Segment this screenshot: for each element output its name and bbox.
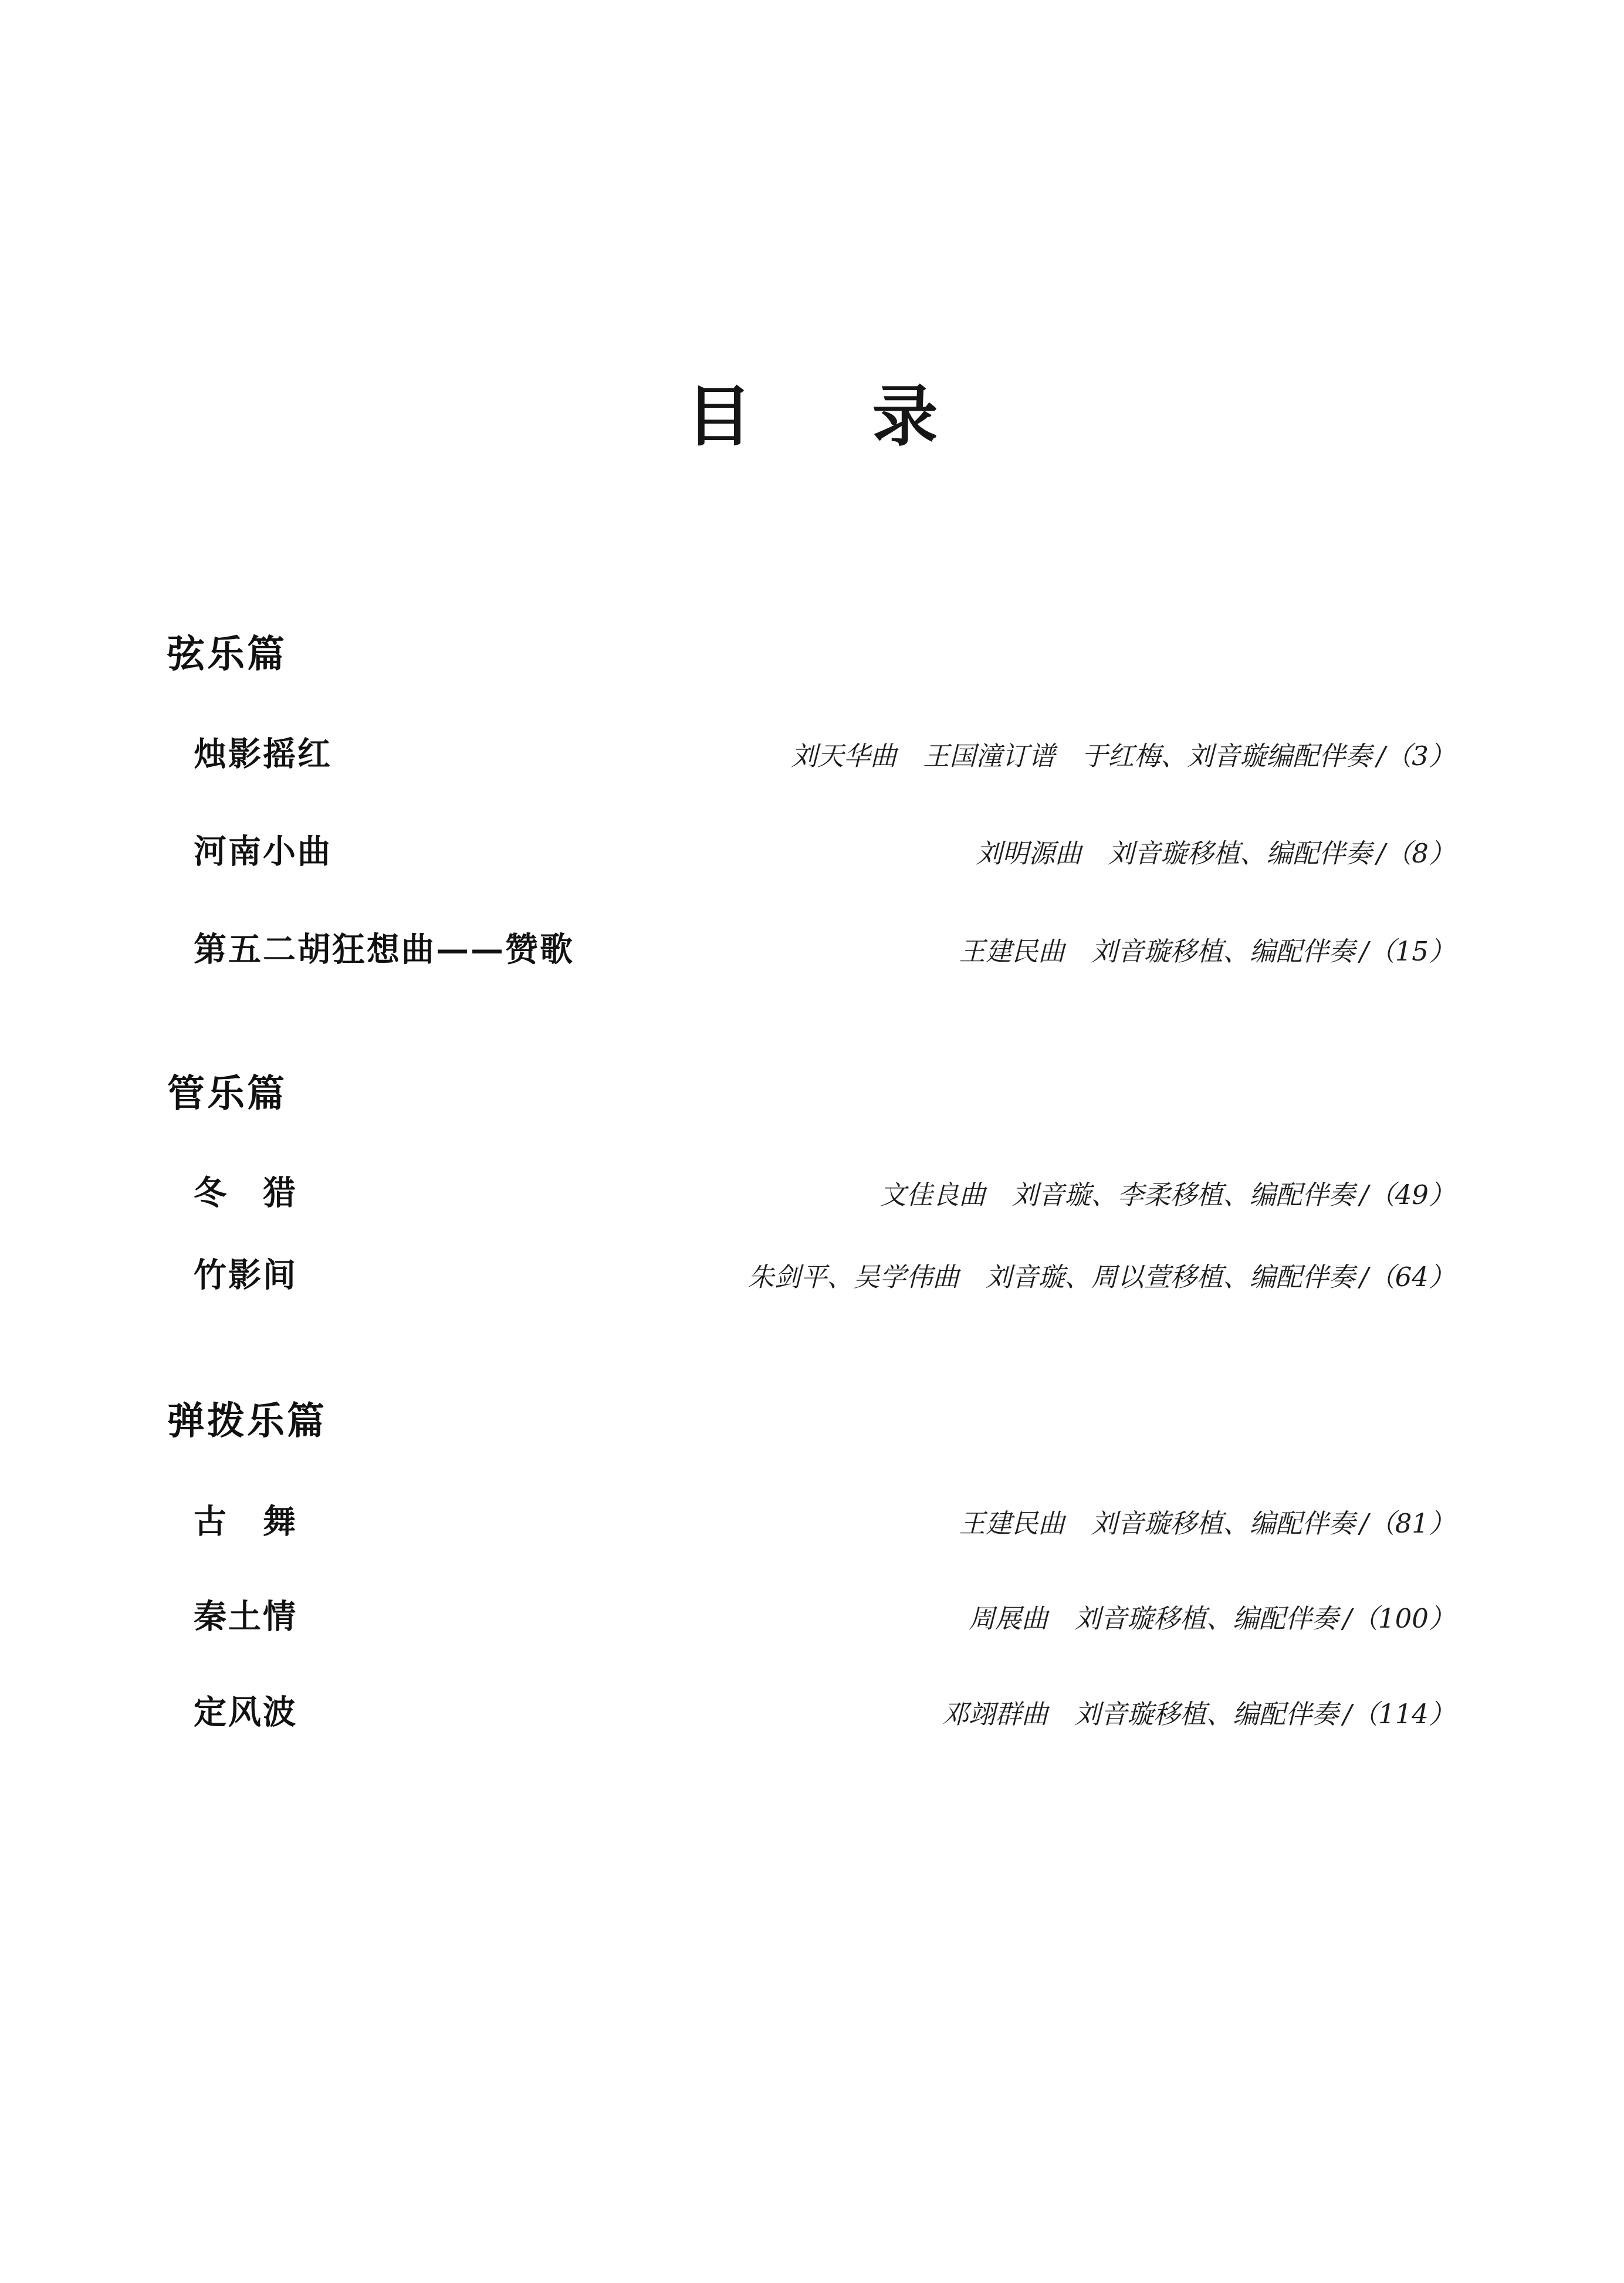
entry-page-ref: /（64） xyxy=(1360,1261,1455,1293)
entry-title: 冬 猎 xyxy=(194,1176,297,1209)
entry-credit-text: 文佳良曲 刘音璇、李柔移植、编配伴奏 xyxy=(880,1179,1355,1210)
entry-credit-text: 刘天华曲 王国潼订谱 于红梅、刘音璇编配伴奏 xyxy=(791,740,1372,772)
toc-entry: 冬 猎 文佳良曲 刘音璇、李柔移植、编配伴奏/（49） xyxy=(194,1176,1455,1209)
toc-entry: 竹影间 朱剑平、吴学伟曲 刘音璇、周以萱移植、编配伴奏/（64） xyxy=(194,1259,1455,1291)
toc-entry: 第五二胡狂想曲——赞歌 王建民曲 刘音璇移植、编配伴奏/（15） xyxy=(194,933,1455,966)
entry-title: 定风波 xyxy=(194,1696,297,1729)
toc-entry: 古 舞 王建民曲 刘音璇移植、编配伴奏/（81） xyxy=(194,1505,1455,1538)
page-title: 目 录 xyxy=(0,384,1624,450)
page-title-char-mu: 目 xyxy=(686,384,752,450)
entry-credit-text: 邓翊群曲 刘音璇移植、编配伴奏 xyxy=(942,1699,1338,1730)
entry-title: 烛影摇红 xyxy=(194,738,332,770)
entry-page-ref: /（3） xyxy=(1376,740,1455,772)
toc-entry: 烛影摇红 刘天华曲 王国潼订谱 于红梅、刘音璇编配伴奏/（3） xyxy=(194,738,1455,770)
entry-credit-text: 王建民曲 刘音璇移植、编配伴奏 xyxy=(959,1508,1355,1539)
entry-credits: 王建民曲 刘音璇移植、编配伴奏/（15） xyxy=(959,938,1455,965)
section-heading-plucked: 弹拨乐篇 xyxy=(167,1402,327,1440)
entry-page-ref: /（100） xyxy=(1343,1603,1455,1634)
entry-credits: 刘明源曲 刘音璇移植、编配伴奏/（8） xyxy=(976,840,1455,867)
entry-credit-text: 朱剑平、吴学伟曲 刘音璇、周以萱移植、编配伴奏 xyxy=(748,1261,1355,1293)
entry-credits: 文佳良曲 刘音璇、李柔移植、编配伴奏/（49） xyxy=(880,1182,1455,1208)
entry-credit-text: 周展曲 刘音璇移植、编配伴奏 xyxy=(969,1603,1338,1634)
entry-credits: 朱剑平、吴学伟曲 刘音璇、周以萱移植、编配伴奏/（64） xyxy=(748,1264,1455,1290)
entry-credit-text: 王建民曲 刘音璇移植、编配伴奏 xyxy=(959,936,1355,967)
entry-credits: 刘天华曲 王国潼订谱 于红梅、刘音璇编配伴奏/（3） xyxy=(791,743,1455,769)
entry-title: 秦土情 xyxy=(194,1600,297,1633)
entry-page-ref: /（81） xyxy=(1360,1508,1455,1539)
entry-page-ref: /（114） xyxy=(1343,1699,1455,1730)
entry-title: 河南小曲 xyxy=(194,835,332,868)
entry-credits: 王建民曲 刘音璇移植、编配伴奏/（81） xyxy=(959,1510,1455,1537)
entry-credits: 周展曲 刘音璇移植、编配伴奏/（100） xyxy=(969,1605,1455,1632)
entry-title: 竹影间 xyxy=(194,1259,297,1291)
toc-entry: 河南小曲 刘明源曲 刘音璇移植、编配伴奏/（8） xyxy=(194,835,1455,868)
section-heading-strings: 弦乐篇 xyxy=(167,635,287,673)
section-heading-winds: 管乐篇 xyxy=(167,1075,287,1112)
toc-page: 目 录 弦乐篇 烛影摇红 刘天华曲 王国潼订谱 于红梅、刘音璇编配伴奏/（3） … xyxy=(0,0,1624,2283)
toc-entry: 秦土情 周展曲 刘音璇移植、编配伴奏/（100） xyxy=(194,1600,1455,1633)
toc-entry: 定风波 邓翊群曲 刘音璇移植、编配伴奏/（114） xyxy=(194,1696,1455,1729)
entry-page-ref: /（8） xyxy=(1376,838,1455,869)
entry-page-ref: /（49） xyxy=(1360,1179,1455,1210)
entry-credit-text: 刘明源曲 刘音璇移植、编配伴奏 xyxy=(976,838,1372,869)
entry-page-ref: /（15） xyxy=(1360,936,1455,967)
entry-credits: 邓翊群曲 刘音璇移植、编配伴奏/（114） xyxy=(942,1701,1455,1727)
page-title-char-lu: 录 xyxy=(872,384,938,450)
entry-title: 第五二胡狂想曲——赞歌 xyxy=(194,933,574,966)
entry-title: 古 舞 xyxy=(194,1505,297,1538)
